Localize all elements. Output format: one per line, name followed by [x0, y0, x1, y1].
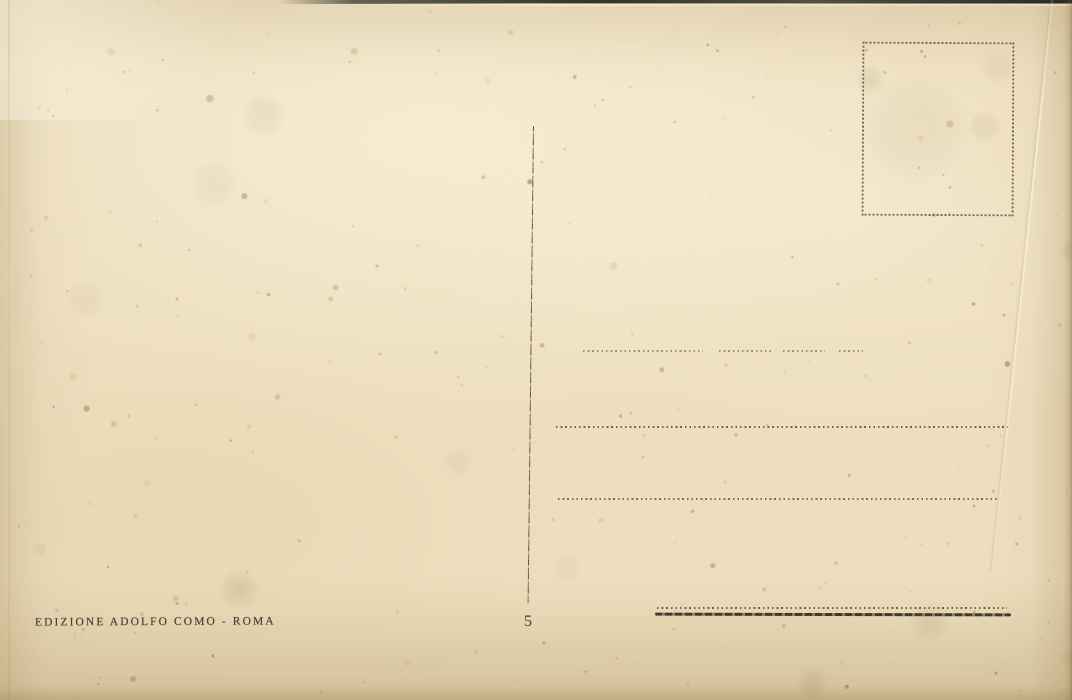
address-line-1 [583, 350, 863, 352]
address-line-segment [719, 350, 771, 352]
divider-line [528, 126, 535, 603]
card-number: 5 [516, 613, 540, 631]
address-line-segment [583, 350, 703, 352]
stamp-box [862, 42, 1015, 217]
bottom-rule-solid [655, 613, 1011, 617]
publisher-imprint: EDIZIONE ADOLFO COMO - ROMA [35, 615, 276, 628]
address-line-segment [839, 350, 863, 352]
scanned-postcard-frame: EDIZIONE ADOLFO COMO - ROMA 5 [0, 0, 1072, 700]
address-line-3 [558, 498, 998, 500]
address-line-segment [783, 350, 825, 352]
postcard-back: EDIZIONE ADOLFO COMO - ROMA 5 [0, 0, 1072, 700]
printed-ink-layer: EDIZIONE ADOLFO COMO - ROMA 5 [0, 0, 1072, 700]
address-line-2 [556, 426, 1008, 428]
bottom-rule-dotted [657, 607, 1007, 609]
